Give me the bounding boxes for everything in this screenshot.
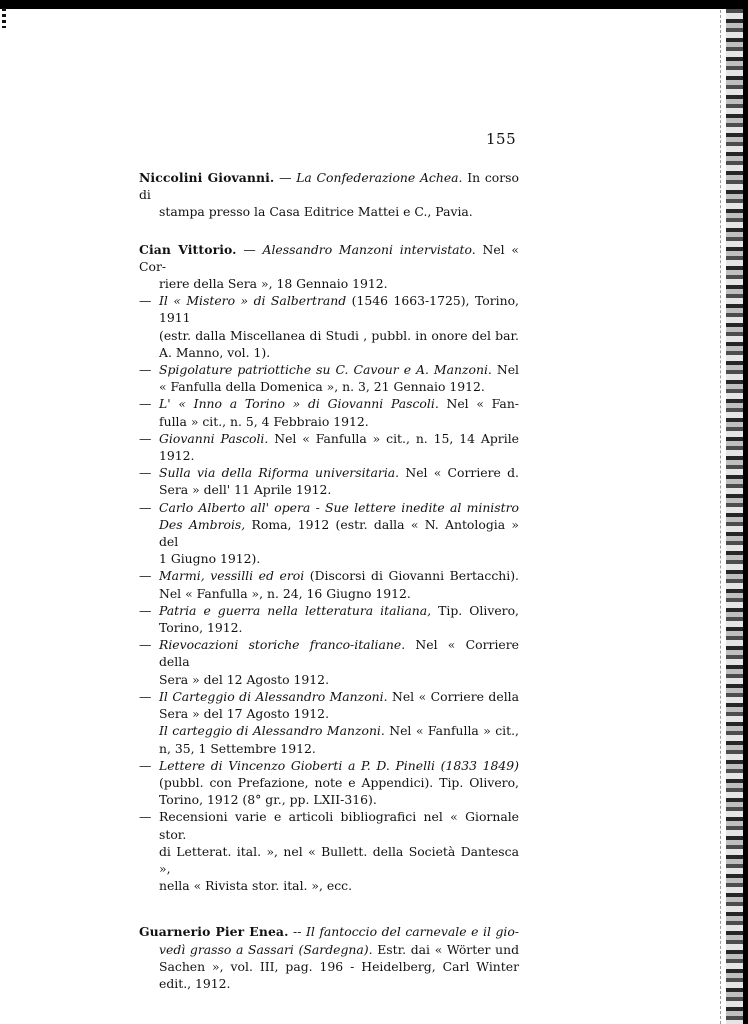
em-dash: — — [139, 292, 151, 309]
page-number: 155 — [486, 130, 516, 148]
item-line: Nel « Fanfulla », n. 24, 16 Giugno 1912. — [159, 585, 519, 602]
em-dash: — — [139, 602, 151, 619]
work-title: Marmi, vessilli ed eroi — [159, 568, 304, 583]
work-title: Patria e guerra nella letteratura italia… — [159, 603, 431, 618]
work-title: Alessandro Manzoni intervistato. — [263, 242, 476, 257]
item-line: 1 Giugno 1912). — [159, 550, 519, 567]
bibliography-item: — Lettere di Vincenzo Gioberti a P. D. P… — [139, 757, 519, 809]
em-dash: — — [139, 636, 151, 653]
entry-first-line: Guarnerio Pier Enea. -- Il fantoccio del… — [139, 923, 519, 940]
bibliography-item: — Carlo Alberto all' opera - Sue lettere… — [139, 499, 519, 568]
work-details: Tip. Olivero, — [431, 603, 519, 618]
work-title: Il Carteggio di Alessandro Manzoni. — [159, 689, 388, 704]
work-title: Des Ambrois, — [159, 517, 245, 532]
bibliography-item: — Sulla via della Riforma universitaria.… — [139, 464, 519, 498]
em-dash: — — [139, 395, 151, 412]
scan-page-edge-line — [720, 10, 722, 1024]
bibliography-item: — Recensioni varie e articoli bibliograf… — [139, 808, 519, 894]
work-details: Nel « Corriere d. — [399, 465, 519, 480]
work-title: Carlo Alberto all' opera - Sue lettere i… — [159, 500, 519, 515]
bibliography-entry-cian: Cian Vittorio. — Alessandro Manzoni inte… — [139, 241, 519, 895]
scan-right-border-solid — [743, 0, 748, 1024]
em-dash: — — [139, 464, 151, 481]
em-dash: — — [139, 499, 151, 516]
work-title: Il fantoccio del carnevale e il gio- — [306, 924, 519, 939]
work-title: Rievocazioni storiche franco-italiane. — [159, 637, 405, 652]
bibliography-item: — Il « Mistero » di Salbertrand (1546 16… — [139, 292, 519, 361]
work-title: vedì grasso a Sassari (Sardegna). — [159, 942, 373, 957]
em-dash: — — [139, 567, 151, 584]
work-title: Giovanni Pascoli. — [159, 431, 268, 446]
bibliography-item: — L' « Inno a Torino » di Giovanni Pasco… — [139, 395, 519, 429]
item-line: « Fanfulla della Domenica », n. 3, 21 Ge… — [159, 378, 519, 395]
entry-continuation: edit., 1912. — [139, 975, 519, 992]
entry-first-line: Niccolini Giovanni. — La Confederazione … — [139, 169, 519, 203]
bibliography-item: — Patria e guerra nella letteratura ital… — [139, 602, 519, 636]
item-line: Torino, 1912. — [159, 619, 519, 636]
item-line: fulla » cit., n. 5, 4 Febbraio 1912. — [159, 413, 519, 430]
separator: -- — [288, 924, 305, 939]
item-line: (estr. dalla Miscellanea di Studi , pubb… — [159, 327, 519, 344]
item-line: Sera » dell' 11 Aprile 1912. — [159, 481, 519, 498]
entry-continuation: stampa presso la Casa Editrice Mattei e … — [139, 203, 519, 220]
bibliography-item: — Rievocazioni storiche franco-italiane.… — [139, 636, 519, 688]
bibliography-item: — Giovanni Pascoli. Nel « Fanfulla » cit… — [139, 430, 519, 464]
item-line: Sera » del 17 Agosto 1912. — [159, 705, 519, 722]
item-line: Sera » del 12 Agosto 1912. — [159, 671, 519, 688]
separator: — — [237, 242, 263, 257]
entry-continuation: vedì grasso a Sassari (Sardegna). Estr. … — [139, 941, 519, 958]
entry-continuation: riere della Sera », 18 Gennaio 1912. — [139, 275, 519, 292]
work-details: Estr. dai « Wörter und — [373, 942, 519, 957]
work-details: Nel « Fan- — [439, 396, 519, 411]
work-title: Lettere di Vincenzo Gioberti a P. D. Pin… — [159, 758, 519, 773]
work-details: Nel — [492, 362, 519, 377]
separator: — — [274, 170, 296, 185]
work-title: Il « Mistero » di Salbertrand — [159, 293, 346, 308]
item-line: nella « Rivista stor. ital. », ecc. — [159, 877, 519, 894]
entry-continuation: Sachen », vol. III, pag. 196 - Heidelber… — [139, 958, 519, 975]
work-title: Il carteggio di Alessandro Manzoni. — [159, 723, 385, 738]
item-line: n, 35, 1 Settembre 1912. — [159, 740, 519, 757]
em-dash: — — [139, 688, 151, 705]
work-title: La Confederazione Achea. — [296, 170, 462, 185]
bibliography: Niccolini Giovanni. — La Confederazione … — [139, 169, 519, 992]
item-line: Torino, 1912 (8° gr., pp. LXII-316). — [159, 791, 519, 808]
scan-left-artifact — [2, 8, 6, 28]
author-name: Niccolini Giovanni. — [139, 170, 274, 185]
work-title: Spigolature patriottiche su C. Cavour e … — [159, 362, 492, 377]
work-details: Nel « Corriere della — [388, 689, 519, 704]
bibliography-entry-niccolini: Niccolini Giovanni. — La Confederazione … — [139, 169, 519, 221]
bibliography-item: — Spigolature patriottiche su C. Cavour … — [139, 361, 519, 395]
item-line: A. Manno, vol. 1). — [159, 344, 519, 361]
bibliography-item: — Il Carteggio di Alessandro Manzoni. Ne… — [139, 688, 519, 757]
author-name: Cian Vittorio. — [139, 242, 237, 257]
author-name: Guarnerio Pier Enea. — [139, 924, 288, 939]
scan-top-border — [0, 0, 748, 9]
item-line: Recensioni varie e articoli bibliografic… — [159, 808, 519, 842]
work-title: L' « Inno a Torino » di Giovanni Pascoli… — [159, 396, 439, 411]
em-dash: — — [139, 808, 151, 825]
work-details: (Discorsi di Giovanni Bertacchi). — [304, 568, 519, 583]
em-dash: — — [139, 361, 151, 378]
bibliography-entry-guarnerio: Guarnerio Pier Enea. -- Il fantoccio del… — [139, 923, 519, 992]
work-title: Sulla via della Riforma universitaria. — [159, 465, 399, 480]
item-line: di Letterat. ital. », nel « Bullett. del… — [159, 843, 519, 877]
bibliography-item: — Marmi, vessilli ed eroi (Discorsi di G… — [139, 567, 519, 601]
em-dash: — — [139, 430, 151, 447]
work-details: Nel « Fanfulla » cit., — [385, 723, 519, 738]
item-line: (pubbl. con Prefazione, note e Appendici… — [159, 774, 519, 791]
entry-first-line: Cian Vittorio. — Alessandro Manzoni inte… — [139, 241, 519, 275]
em-dash: — — [139, 757, 151, 774]
